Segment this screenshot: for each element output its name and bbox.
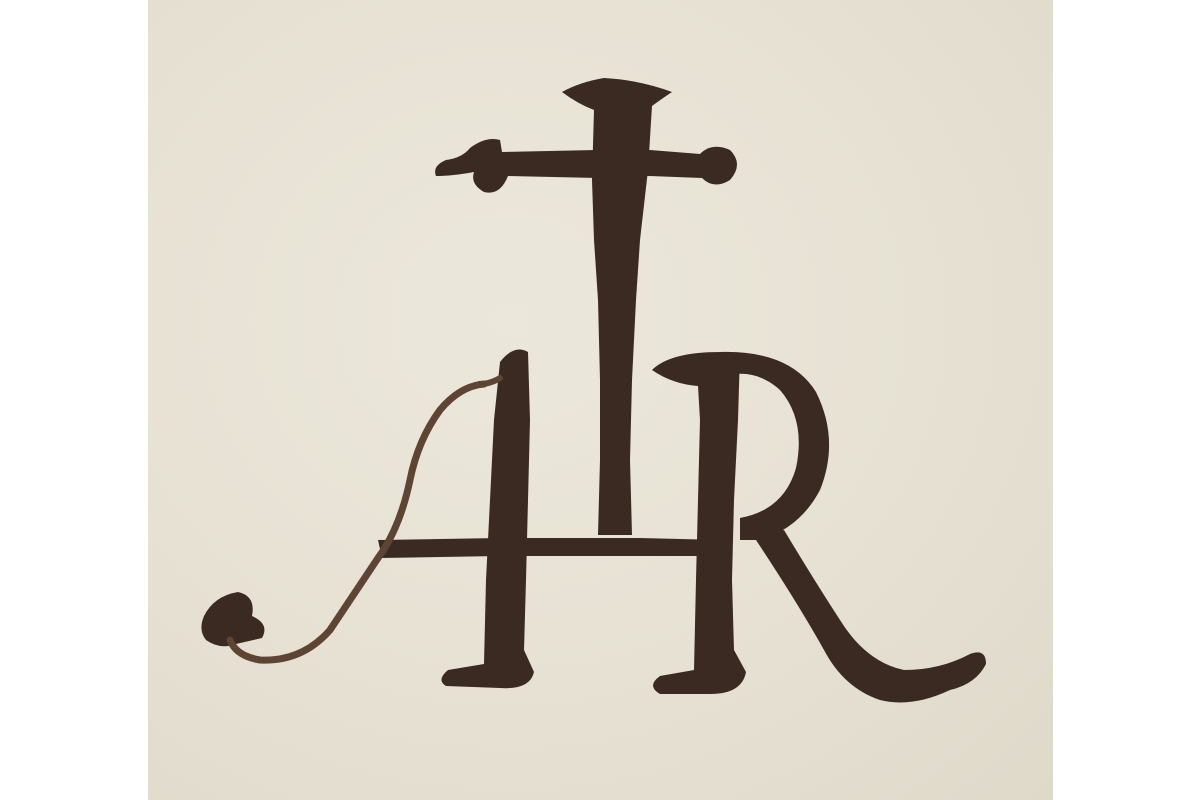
crossbar bbox=[378, 538, 720, 558]
paper-background bbox=[148, 0, 1053, 800]
cross-stem bbox=[562, 78, 672, 535]
cross-arm bbox=[435, 139, 737, 193]
letter-a-hairline bbox=[230, 384, 484, 660]
letter-a-stem bbox=[441, 350, 534, 689]
letter-a-top-hook bbox=[484, 378, 500, 384]
monogram bbox=[0, 0, 1200, 800]
letter-r-stem bbox=[652, 352, 746, 694]
letter-r-leg bbox=[752, 530, 986, 702]
